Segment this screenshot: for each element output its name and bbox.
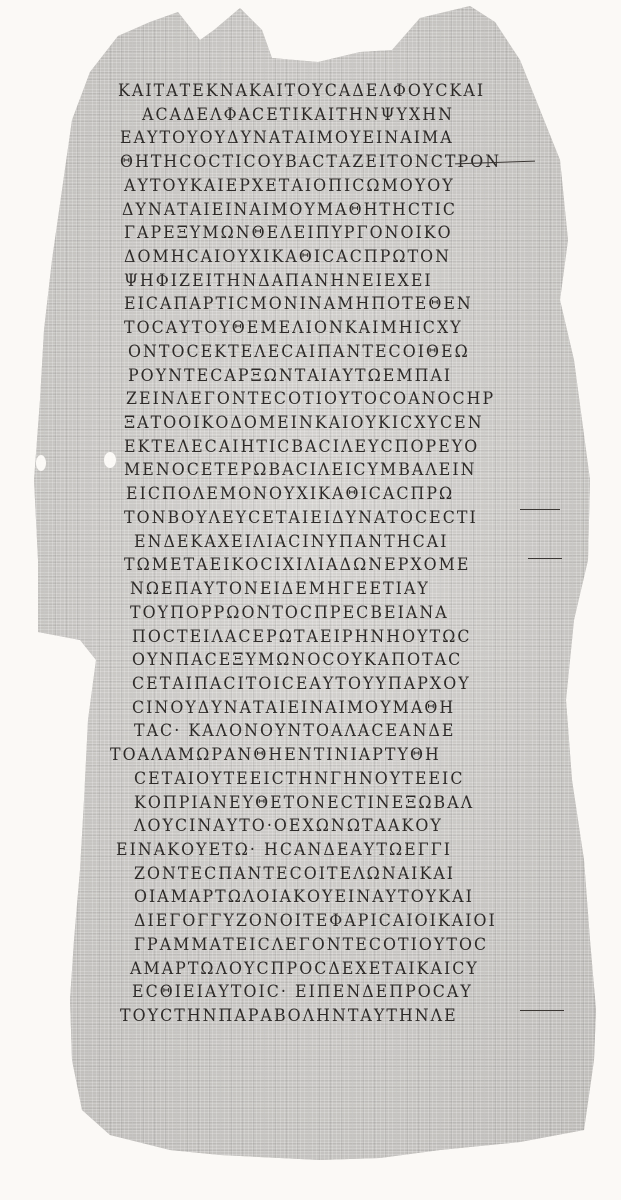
- manuscript-line: CΕΤΑΙΟΥΤΕΕΙCΤΗΝΓΗΝΟΥΤΕΕΙC: [134, 768, 464, 790]
- manuscript-line: ΝΩΕΠΑΥΤΟΝΕΙΔΕΜΗΓΕΕΤΙΑΥ: [130, 578, 430, 600]
- manuscript-line: ΛΟΥCΙΝΑΥΤΟ·ΟΕΧΩΝΩΤΑΑΚΟΥ: [134, 815, 443, 837]
- manuscript-line: ΔΟΜΗCΑΙΟΥΧΙΚΑΘΙCΑCΠΡΩΤΟΝ: [124, 246, 451, 268]
- manuscript-line: ΕΙCΑΠΑΡΤΙCΜΟΝΙΝΑΜΗΠΟΤΕΘΕΝ: [124, 293, 473, 315]
- manuscript-line: ΕΙΝΑΚΟΥΕΤΩ· ΗCΑΝΔΕΑΥΤΩΕΓΓΙ: [116, 839, 452, 861]
- manuscript-line: ΑCΑΔΕΛΦΑCΕΤΙΚΑΙΤΗΝΨΥΧΗΝ: [142, 104, 454, 126]
- manuscript-line: ΤΟΥCΤΗΝΠΑΡΑΒΟΛΗΝΤΑΥΤΗΝΛΕ: [120, 1005, 458, 1027]
- paragraphos-mark: [520, 509, 560, 510]
- paragraphos-mark: [528, 558, 562, 559]
- manuscript-line: CΕΤΑΙΠΑCΙΤΟΙCΕΑΥΤΟΥΥΠΑΡΧΟΥ: [132, 673, 471, 695]
- manuscript-line: ΤΩΜΕΤΑΕΙΚΟCΙΧΙΛΙΑΔΩΝΕΡΧΟΜΕ: [124, 554, 471, 576]
- manuscript-line: ΑΜΑΡΤΩΛΟΥCΠΡΟCΔΕΧΕΤΑΙΚΑΙCΥ: [130, 958, 479, 980]
- manuscript-line: ΕΝΔΕΚΑΧΕΙΛΙΑCΙΝΥΠΑΝΤΗCΑΙ: [134, 531, 449, 553]
- manuscript-text: ΚΑΙΤΑΤΕΚΝΑΚΑΙΤΟΥCΑΔΕΛΦΟΥCΚΑΙ ΑCΑΔΕΛΦΑCΕΤ…: [0, 0, 621, 1200]
- manuscript-line: ΕΙCΠΟΛΕΜΟΝΟΥΧΙΚΑΘΙCΑCΠΡΩ: [126, 483, 454, 505]
- manuscript-line: ΓΡΑΜΜΑΤΕΙCΛΕΓΟΝΤΕCΟΤΙΟΥΤΟC: [134, 934, 488, 956]
- manuscript-line: ΟΥΝΠΑCΕΞΥΜΩΝΟCΟΥΚΑΠΟΤΑC: [132, 649, 462, 671]
- manuscript-line: ΔΙΕΓΟΓΓΥΖΟΝΟΙΤΕΦΑΡΙCΑΙΟΙΚΑΙΟΙ: [134, 910, 497, 932]
- manuscript-line: ΟΙΑΜΑΡΤΩΛΟΙΑΚΟΥΕΙΝΑΥΤΟΥΚΑΙ: [134, 886, 474, 908]
- manuscript-line: ΤΟCΑΥΤΟΥΘΕΜΕΛΙΟΝΚΑΙΜΗΙCΧΥ: [124, 317, 463, 339]
- manuscript-line: ΚΑΙΤΑΤΕΚΝΑΚΑΙΤΟΥCΑΔΕΛΦΟΥCΚΑΙ: [118, 80, 485, 102]
- manuscript-line: ΔΥΝΑΤΑΙΕΙΝΑΙΜΟΥΜΑΘΗΤΗCΤΙC: [122, 199, 457, 221]
- manuscript-line: ΤΟΥΠΟΡΡΩΟΝΤΟCΠΡΕCΒΕΙΑΝΑ: [130, 602, 449, 624]
- manuscript-line: ΕΑΥΤΟΥΟΥΔΥΝΑΤΑΙΜΟΥΕΙΝΑΙΜΑ: [120, 127, 454, 149]
- manuscript-line: ΖΟΝΤΕCΠΑΝΤΕCΟΙΤΕΛΩΝΑΙΚΑΙ: [134, 863, 455, 885]
- manuscript-line: ΨΗΦΙΖΕΙΤΗΝΔΑΠΑΝΗΝΕΙΕΧΕΙ: [124, 270, 433, 292]
- manuscript-line: ΑΥΤΟΥΚΑΙΕΡΧΕΤΑΙΟΠΙCΩΜΟΥΟΥ: [124, 175, 455, 197]
- manuscript-line: ΠΟCΤΕΙΛΑCΕΡΩΤΑΕΙΡΗΝΗΟΥΤΩC: [132, 626, 471, 648]
- manuscript-line: ΚΟΠΡΙΑΝΕΥΘΕΤΟΝΕCΤΙΝΕΞΩΒΑΛ: [134, 792, 474, 814]
- manuscript-line: ΕΚΤΕΛΕCΑΙΗΤΙCΒΑCΙΛΕΥCΠΟΡΕΥΟ: [124, 436, 479, 458]
- paragraphos-mark: [520, 1010, 564, 1011]
- manuscript-line: CΙΝΟΥΔΥΝΑΤΑΙΕΙΝΑΙΜΟΥΜΑΘΗ: [132, 697, 455, 719]
- manuscript-line: ΘΗΤΗCΟCΤΙCΟΥΒΑCΤΑΖΕΙΤΟΝCΤΡΟΝ: [120, 151, 501, 173]
- manuscript-line: ΤΟΑΛΑΜΩΡΑΝΘΗΕΝΤΙΝΙΑΡΤΥΘΗ: [110, 744, 441, 766]
- manuscript-line: ΕCΘΙΕΙΑΥΤΟΙC· ΕΙΠΕΝΔΕΠΡΟCΑΥ: [132, 981, 473, 1003]
- manuscript-line: ΜΕΝΟCΕΤΕΡΩΒΑCΙΛΕΙCΥΜΒΑΛΕΙΝ: [124, 459, 477, 481]
- manuscript-line: ΤΟΝΒΟΥΛΕΥCΕΤΑΙΕΙΔΥΝΑΤΟCΕCΤΙ: [124, 507, 478, 529]
- manuscript-line: ΖΕΙΝΛΕΓΟΝΤΕCΟΤΙΟΥΤΟCΟΑΝΟCΗΡ: [126, 388, 495, 410]
- manuscript-line: ΓΑΡΕΞΥΜΩΝΘΕΛΕΙΠΥΡΓΟΝΟΙΚΟ: [124, 222, 453, 244]
- manuscript-line: ΞΑΤΟΟΙΚΟΔΟΜΕΙΝΚΑΙΟΥΚΙCΧΥCΕΝ: [124, 412, 484, 434]
- manuscript-line: ΡΟΥΝΤΕCΑΡΞΩΝΤΑΙΑΥΤΩΕΜΠΑΙ: [128, 365, 452, 387]
- manuscript-line: ΤΑC· ΚΑΛΟΝΟΥΝΤΟΑΛΑCΕΑΝΔΕ: [134, 720, 456, 742]
- manuscript-line: ΟΝΤΟCΕΚΤΕΛΕCΑΙΠΑΝΤΕCΟΙΘΕΩ: [128, 341, 470, 363]
